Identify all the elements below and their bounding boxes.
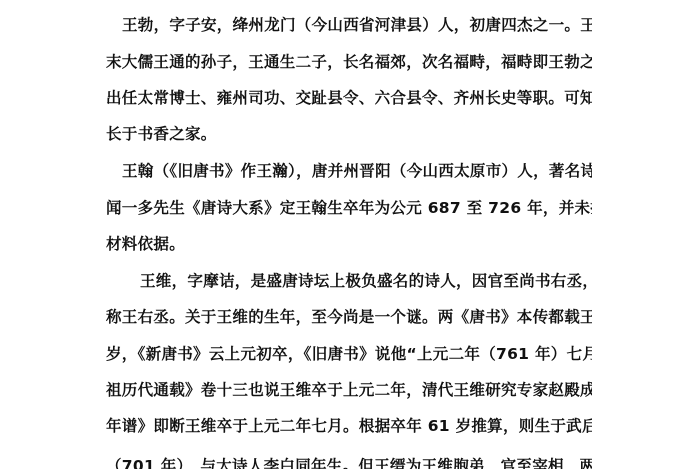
document-page: 王勃，字子安，绛州龙门（今山西省河津县）人，初唐四杰之一。王勃为隋 末大儒王通的…: [0, 0, 700, 470]
text-line: 年谱》即断王维卒于上元二年七月。根据卒年 61 岁推算，则生于武后长安元年: [106, 415, 592, 437]
text-line: 出任太常博士、雍州司功、交趾县令、六合县令、齐州长史等职。可知王勃生: [106, 87, 592, 109]
text-line: 长于书香之家。: [106, 123, 592, 145]
text-line: 王勃，字子安，绛州龙门（今山西省河津县）人，初唐四杰之一。王勃为隋: [122, 14, 592, 36]
text-line: 王维，字摩诘，是盛唐诗坛上极负盛名的诗人，因官至尚书右丞，所以人: [140, 270, 592, 292]
text-line: 材料依据。: [106, 233, 592, 255]
text-line: （701 年），与大诗人李白同年生。但王缙为王维胞弟，官至宰相，两《唐书・王: [106, 455, 592, 469]
text-line: 闻一多先生《唐诗大系》定王翰生卒年为公元 687 至 726 年，并未提出确切的: [106, 197, 592, 219]
text-line: 祖历代通载》卷十三也说王维卒于上元二年，清代王维研究专家赵殿成《右丞: [106, 379, 592, 401]
text-line: 岁，《新唐书》云上元初卒，《旧唐书》说他“上元二年（761 年）七月卒”，《佛: [106, 343, 592, 365]
text-line: 末大儒王通的孙子，王通生二子，长名福郊，次名福畤，福畤即王勃之父，曾: [106, 51, 592, 73]
text-line: 王翰（《旧唐书》作王瀚），唐并州晋阳（今山西太原市）人，著名诗人。: [122, 160, 592, 182]
text-line: 称王右丞。关于王维的生年，至今尚是一个谜。两《唐书》本传都载王维享年 61: [106, 306, 592, 328]
